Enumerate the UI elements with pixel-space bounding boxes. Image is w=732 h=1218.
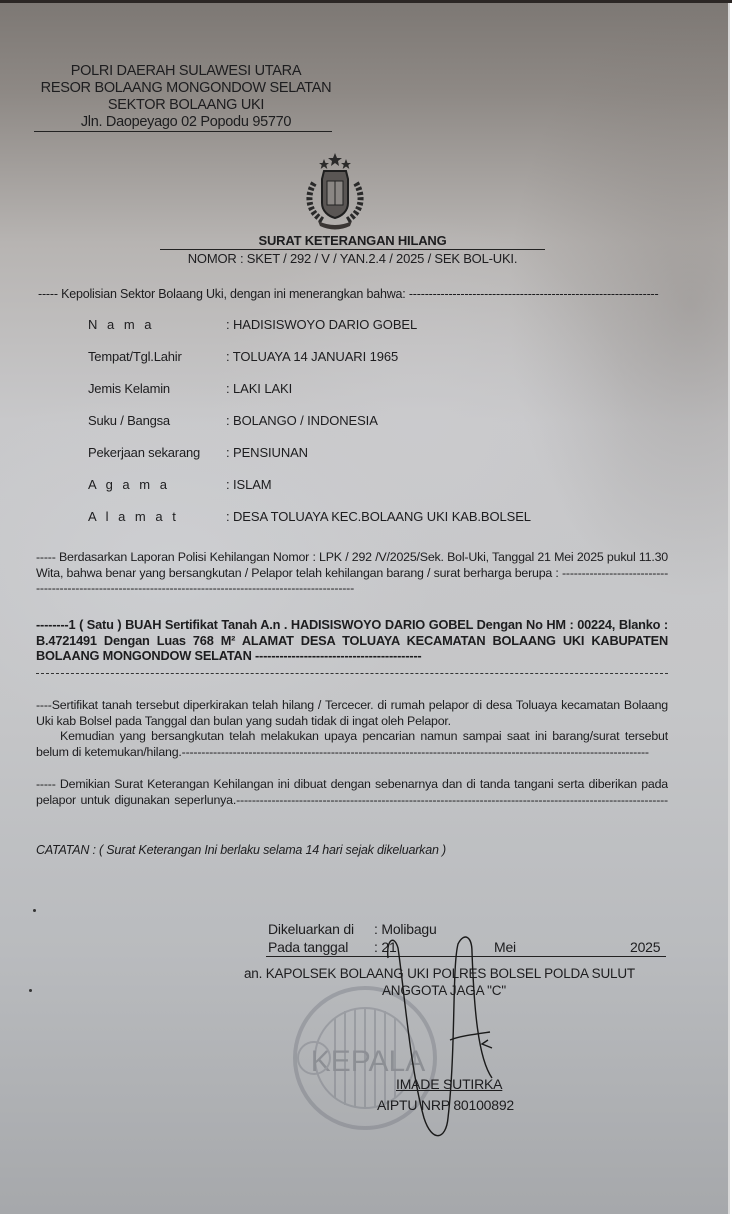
letterhead-line-1: POLRI DAERAH SULAWESI UTARA (30, 63, 342, 80)
paragraph-penutup: ----- Demikian Surat Keterangan Kehilang… (36, 777, 668, 809)
paper-speck (33, 909, 36, 912)
field-value-nama: : HADISISWOYO DARIO GOBEL (226, 317, 417, 332)
paragraph-barang-hilang: --------1 ( Satu ) BUAH Sertifikat Tanah… (36, 617, 668, 665)
paper-speck (29, 989, 32, 992)
field-value-jenis-kelamin: : LAKI LAKI (226, 381, 292, 396)
field-label-nama: N a m a (88, 317, 155, 332)
field-value-pekerjaan: : PENSIUNAN (226, 445, 308, 460)
signer-rank-nrp: AIPTU NRP 80100892 (377, 1097, 514, 1113)
handwritten-signature-icon (380, 928, 530, 1148)
title-underline (160, 249, 545, 250)
field-value-tempat-tgl-lahir: : TOLUAYA 14 JANUARI 1965 (226, 349, 398, 364)
dashed-separator (36, 673, 668, 674)
paragraph-keterangan-2: Kemudian yang bersangkutan telah melakuk… (36, 729, 668, 761)
field-label-jenis-kelamin: Jemis Kelamin (88, 381, 170, 396)
letterhead-underline (34, 131, 332, 132)
catatan-note: CATATAN : ( Surat Keterangan Ini berlaku… (36, 843, 446, 857)
field-label-alamat: A l a m a t (88, 509, 179, 524)
paragraph-laporan: ----- Berdasarkan Laporan Polisi Kehilan… (36, 550, 668, 596)
field-label-suku-bangsa: Suku / Bangsa (88, 413, 170, 428)
document-number: NOMOR : SKET / 292 / V / YAN.2.4 / 2025 … (160, 251, 545, 266)
police-crest-icon (300, 151, 370, 231)
field-label-pekerjaan: Pekerjaan sekarang (88, 445, 200, 460)
signer-name: IMADE SUTIRKA (396, 1076, 502, 1092)
letterhead: POLRI DAERAH SULAWESI UTARA RESOR BOLAAN… (30, 63, 342, 131)
letterhead-line-2: RESOR BOLAANG MONGONDOW SELATAN (30, 80, 342, 97)
intro-statement: ----- Kepolisian Sektor Bolaang Uki, den… (38, 287, 668, 301)
date-label: Pada tanggal (268, 939, 348, 955)
field-value-suku-bangsa: : BOLANGO / INDONESIA (226, 413, 378, 428)
issued-at-label: Dikeluarkan di (268, 921, 354, 937)
date-year: 2025 (630, 939, 660, 955)
field-label-tempat-tgl-lahir: Tempat/Tgl.Lahir (88, 349, 182, 364)
field-value-agama: : ISLAM (226, 477, 272, 492)
field-value-alamat: : DESA TOLUAYA KEC.BOLAANG UKI KAB.BOLSE… (226, 509, 531, 524)
document-title: SURAT KETERANGAN HILANG (160, 233, 545, 248)
letterhead-line-3: SEKTOR BOLAANG UKI (30, 97, 342, 114)
letterhead-address: Jln. Daopeyago 02 Popodu 95770 (30, 114, 342, 131)
field-label-agama: A g a m a (88, 477, 170, 492)
paragraph-keterangan-1: ----Sertifikat tanah tersebut diperkirak… (36, 698, 668, 730)
document-page: POLRI DAERAH SULAWESI UTARA RESOR BOLAAN… (0, 3, 730, 1214)
